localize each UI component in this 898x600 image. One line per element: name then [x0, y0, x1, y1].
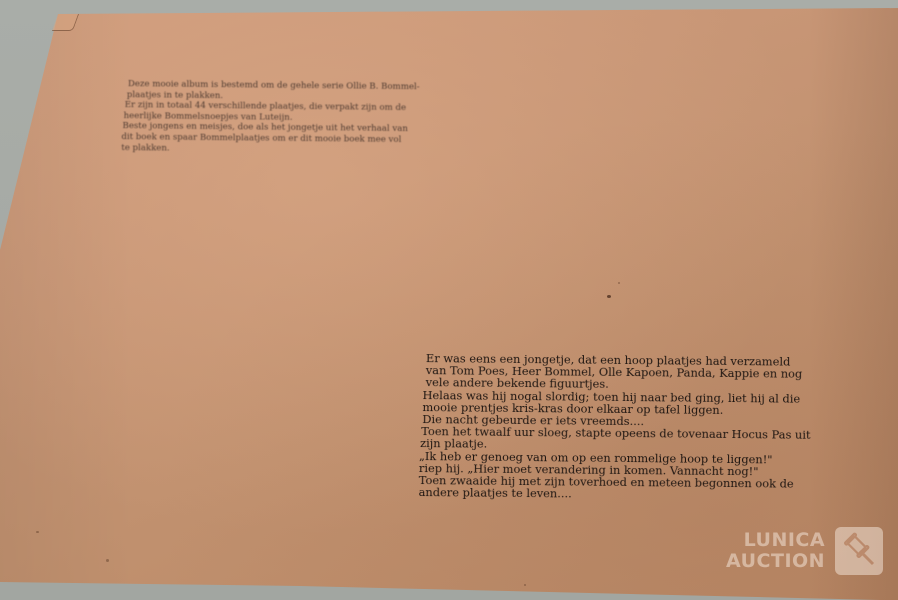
gavel-icon: [835, 527, 883, 575]
story-paragraph: Er was eens een jongetje, dat een hoop p…: [419, 352, 865, 503]
paper-spot: [106, 559, 109, 562]
paper-spot: [618, 282, 620, 284]
paper-spot: [607, 295, 611, 298]
intro-paragraph: Deze mooie album is bestemd om de gehele…: [121, 79, 502, 157]
paper-spot: [36, 531, 39, 533]
lunica-auction-watermark: LUNICA AUCTION: [726, 527, 883, 575]
watermark-line-1: LUNICA: [744, 530, 825, 551]
watermark-text: LUNICA AUCTION: [726, 530, 825, 572]
paper-spot: [524, 584, 526, 586]
watermark-line-2: AUCTION: [726, 551, 825, 572]
